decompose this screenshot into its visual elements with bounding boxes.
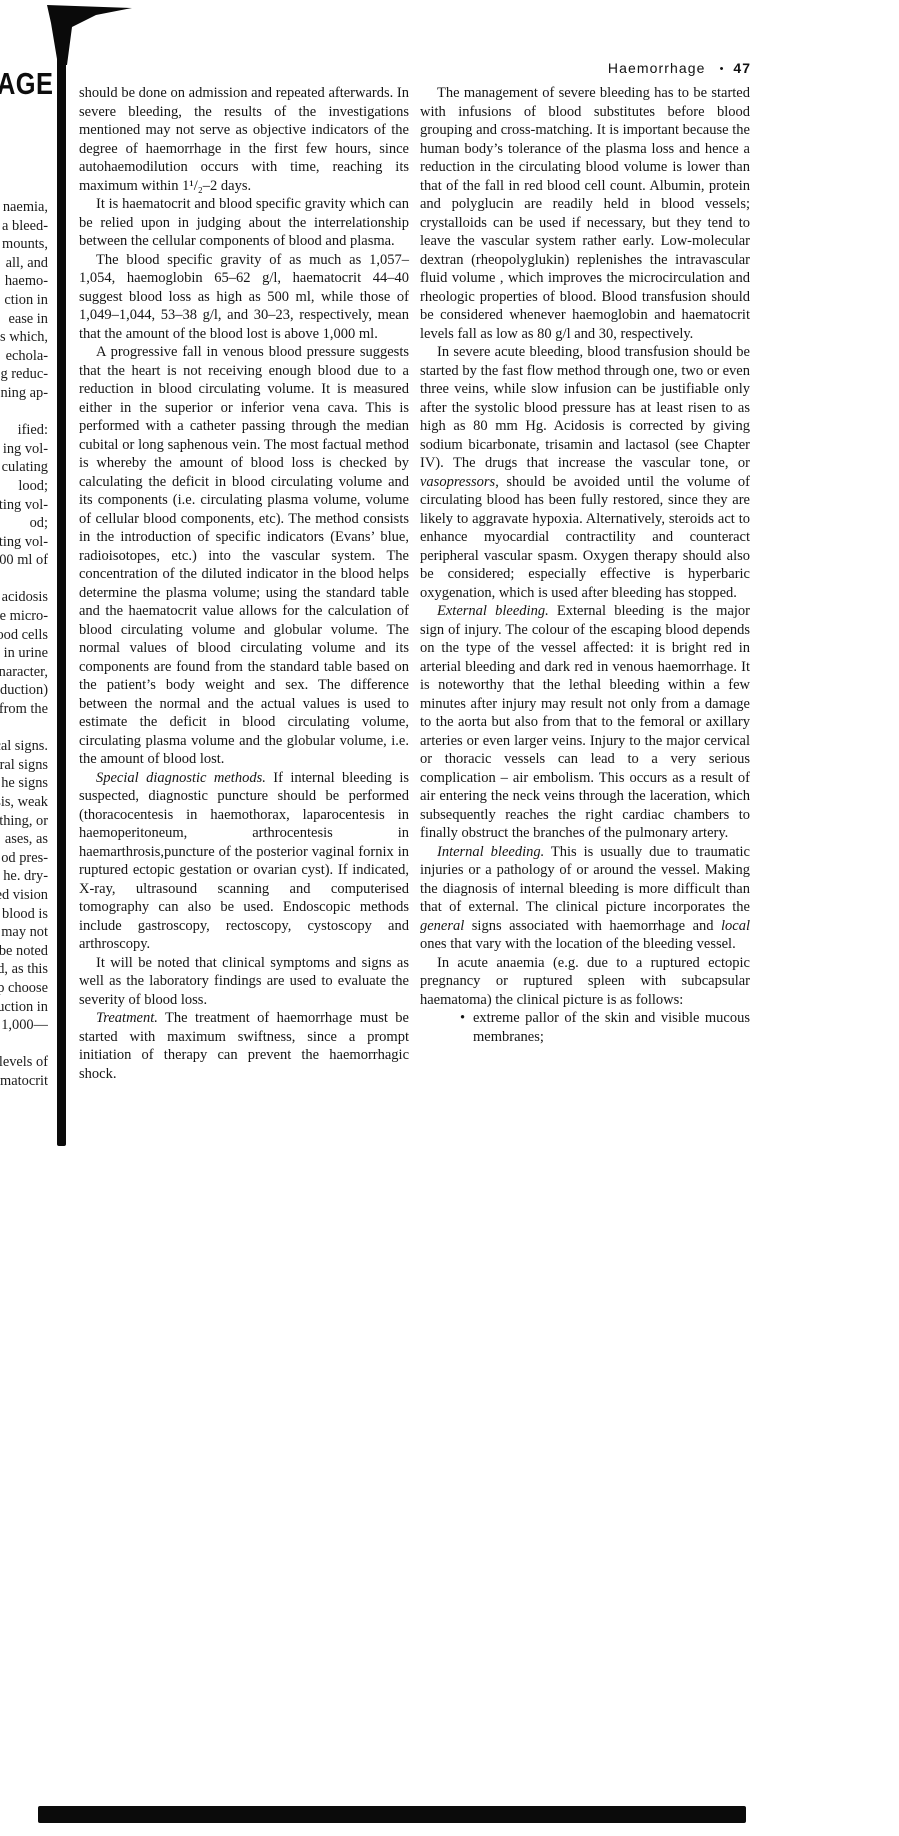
italic-text: External bleeding. bbox=[437, 603, 549, 619]
margin-fragment-line: may not bbox=[0, 923, 48, 942]
margin-fragment-line: sis, weak bbox=[0, 793, 48, 812]
margin-fragment-line: ning ap- bbox=[0, 384, 48, 403]
bullet-icon: • bbox=[460, 1009, 465, 1028]
margin-fragment-line: echola- bbox=[0, 347, 48, 366]
margin-fragment-line: g reduc- bbox=[0, 365, 48, 384]
margin-fragment-line bbox=[0, 403, 48, 422]
margin-fragment-line: cal signs. bbox=[0, 737, 48, 756]
margin-fragments: naemia,a bleed-mounts,all, andhaemo-ctio… bbox=[0, 198, 48, 1108]
text-run: A progressive fall in venous blood press… bbox=[79, 344, 409, 767]
body-paragraph: It will be noted that clinical symptoms … bbox=[79, 954, 409, 1010]
italic-text: general bbox=[420, 918, 464, 934]
italic-text: Treatment. bbox=[96, 1010, 158, 1026]
margin-fragment-line: matocrit bbox=[0, 1072, 48, 1091]
left-column: should be done on admission and repeated… bbox=[79, 84, 409, 1083]
margin-fragment-line: ease in bbox=[0, 310, 48, 329]
italic-text: local bbox=[721, 918, 750, 934]
italic-text: Special diagnostic methods. bbox=[96, 770, 266, 786]
margin-fragment-line: ing vol- bbox=[0, 440, 48, 459]
right-column: The management of severe bleeding has to… bbox=[420, 84, 750, 1083]
margin-fragment-line: a bleed- bbox=[0, 217, 48, 236]
text-run: In severe acute bleeding, blood transfus… bbox=[420, 344, 750, 471]
text-run: External bleeding is the major sign of i… bbox=[420, 603, 750, 841]
margin-fragment-line bbox=[0, 570, 48, 589]
page-body: should be done on admission and repeated… bbox=[79, 84, 751, 1083]
margin-fragment-line: acidosis bbox=[0, 588, 48, 607]
text-run: The management of severe bleeding has to… bbox=[420, 85, 750, 342]
running-head: Haemorrhage•47 bbox=[420, 60, 751, 76]
margin-fragment-line: all, and bbox=[0, 254, 48, 273]
italic-text: Internal bleeding. bbox=[437, 844, 544, 860]
bullet-item: •extreme pallor of the skin and visible … bbox=[420, 1009, 750, 1046]
body-paragraph: In acute anaemia (e.g. due to a ruptured… bbox=[420, 954, 750, 1010]
text-run: extreme pallor of the skin and visible m… bbox=[473, 1010, 750, 1045]
margin-fragment-line: he signs bbox=[0, 774, 48, 793]
margin-fragment-line: naemia, bbox=[0, 198, 48, 217]
body-paragraph: It is haematocrit and blood specific gra… bbox=[79, 195, 409, 251]
italic-text: vasopressors bbox=[420, 474, 495, 490]
margin-fragment-line: naracter, bbox=[0, 663, 48, 682]
margin-fragment-line: duction) bbox=[0, 681, 48, 700]
margin-fragment-line: d, as this bbox=[0, 960, 48, 979]
margin-fragment-line: ood cells bbox=[0, 626, 48, 645]
running-head-bullet-icon: • bbox=[720, 63, 724, 75]
page-number: 47 bbox=[733, 60, 751, 76]
body-paragraph: Internal bleeding. This is usually due t… bbox=[420, 843, 750, 954]
margin-fragment-line: levels of bbox=[0, 1053, 48, 1072]
margin-fragment-line: he. dry- bbox=[0, 867, 48, 886]
margin-fragment-line: e micro- bbox=[0, 607, 48, 626]
text-run: It will be noted that clinical symptoms … bbox=[79, 955, 409, 1008]
margin-fragment-line: lood; bbox=[0, 477, 48, 496]
margin-fragment-line bbox=[0, 719, 48, 738]
body-paragraph: The blood specific gravity of as much as… bbox=[79, 251, 409, 344]
text-run: , should be avoided until the volume of … bbox=[420, 474, 750, 601]
margin-fragment-line: ting vol- bbox=[0, 496, 48, 515]
text-run: should be done on admission and repeated… bbox=[79, 85, 409, 194]
margin-fragment-line: mounts, bbox=[0, 235, 48, 254]
margin-fragment-line: from the bbox=[0, 700, 48, 719]
body-paragraph: External bleeding. External bleeding is … bbox=[420, 602, 750, 843]
margin-fragment-line: ed vision bbox=[0, 886, 48, 905]
margin-fragment-line bbox=[0, 1035, 48, 1054]
margin-fragment-line: od; bbox=[0, 514, 48, 533]
text-run: The blood specific gravity of as much as… bbox=[79, 252, 409, 342]
margin-fragment-line: blood is bbox=[0, 905, 48, 924]
body-paragraph: should be done on admission and repeated… bbox=[79, 84, 409, 195]
margin-fragment-line: culating bbox=[0, 458, 48, 477]
margin-fragment-line: ases, as bbox=[0, 830, 48, 849]
body-paragraph: In severe acute bleeding, blood transfus… bbox=[420, 343, 750, 602]
body-paragraph: Treatment. The treatment of haemorrhage … bbox=[79, 1009, 409, 1083]
text-run: If internal bleeding is suspected, diagn… bbox=[79, 770, 409, 953]
margin-fragment-line: uction in bbox=[0, 998, 48, 1017]
margin-fragment-line: in urine bbox=[0, 644, 48, 663]
margin-fragment-line: ting vol- bbox=[0, 533, 48, 552]
gutter-shadow-rule bbox=[57, 20, 66, 1146]
body-paragraph: The management of severe bleeding has to… bbox=[420, 84, 750, 343]
text-run: It is haematocrit and blood specific gra… bbox=[79, 196, 409, 249]
running-head-title: Haemorrhage bbox=[608, 60, 706, 76]
margin-fragment-line: p choose bbox=[0, 979, 48, 998]
margin-fragment-line: be noted bbox=[0, 942, 48, 961]
margin-fragment-line: ified: bbox=[0, 421, 48, 440]
margin-fragment-line: haemo- bbox=[0, 272, 48, 291]
body-paragraph: Special diagnostic methods. If internal … bbox=[79, 769, 409, 954]
text-run: signs associated with haemorrhage and bbox=[464, 918, 721, 934]
margin-fragment-line: s which, bbox=[0, 328, 48, 347]
page-edge-shadow bbox=[38, 1806, 746, 1823]
margin-fragment-line: 00 ml of bbox=[0, 551, 48, 570]
margin-fragment-line: r 1,000— bbox=[0, 1016, 48, 1035]
text-run: In acute anaemia (e.g. due to a ruptured… bbox=[420, 955, 750, 1008]
margin-fragment-line: ction in bbox=[0, 291, 48, 310]
text-run: ones that vary with the location of the … bbox=[420, 936, 736, 952]
body-paragraph: A progressive fall in venous blood press… bbox=[79, 343, 409, 769]
chapter-title-fragment: AGE bbox=[0, 68, 53, 99]
gutter-shadow-wedge bbox=[36, 3, 136, 67]
margin-fragment-line: ral signs bbox=[0, 756, 48, 775]
margin-fragment-line: od pres- bbox=[0, 849, 48, 868]
margin-fragment-line: thing, or bbox=[0, 812, 48, 831]
